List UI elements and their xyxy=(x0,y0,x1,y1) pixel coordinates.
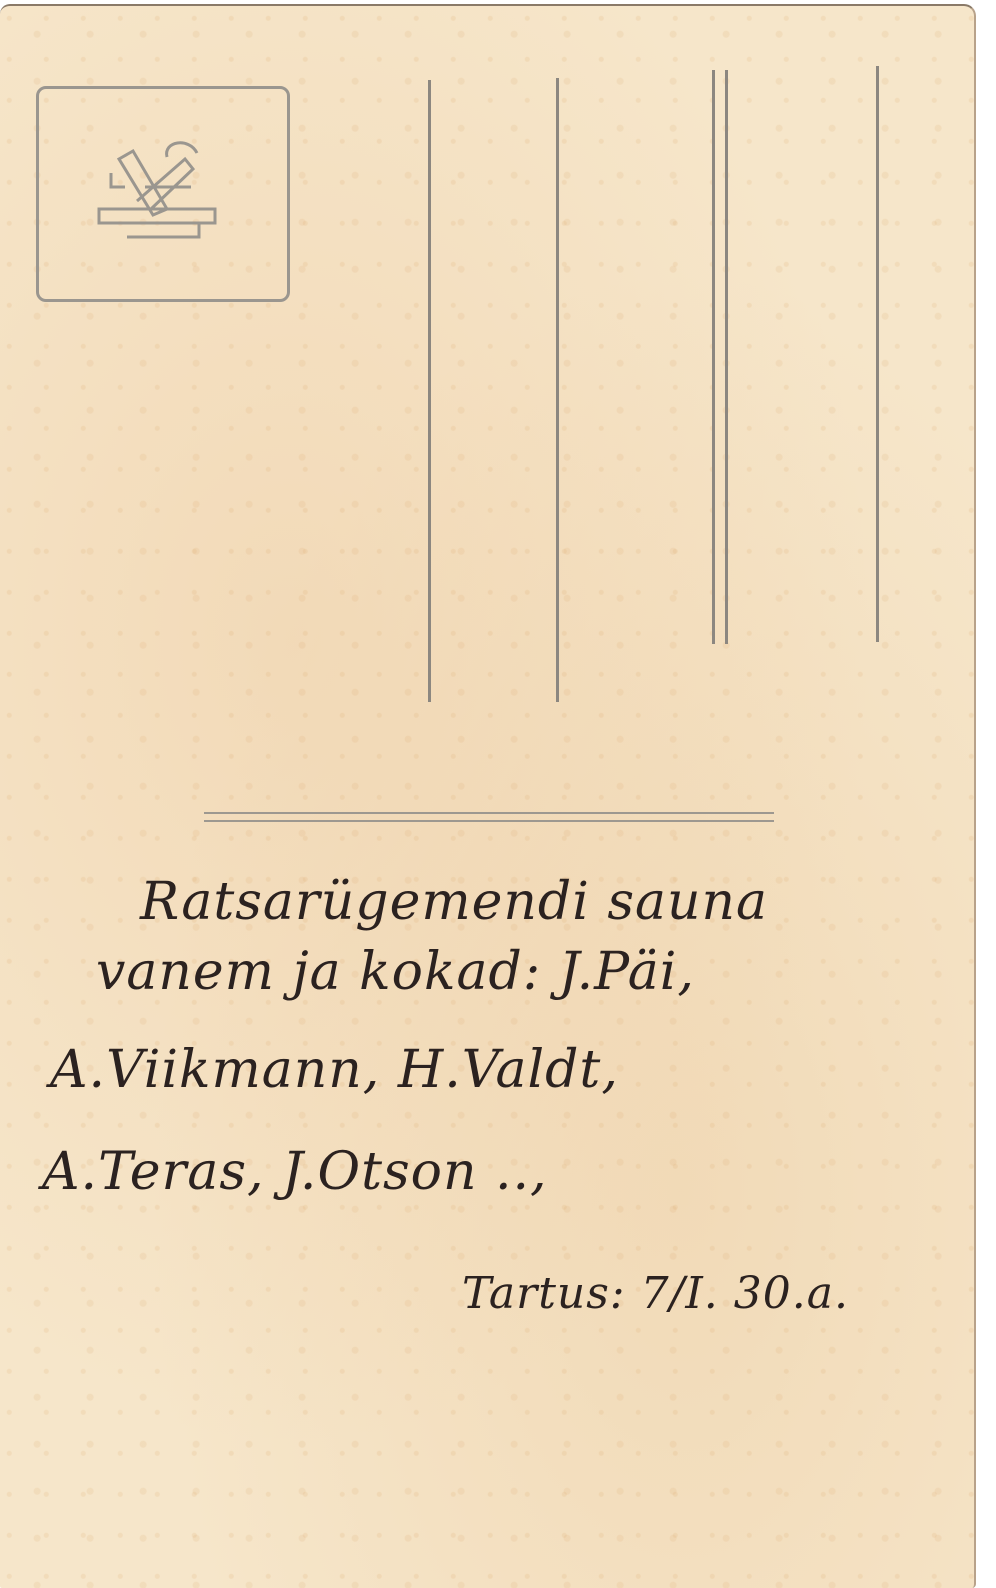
note-line-1: Ratsarügemendi sauna xyxy=(140,872,768,932)
publisher-monogram-icon xyxy=(97,129,221,249)
note-line-4: A.Teras, J.Otson .., xyxy=(42,1142,548,1202)
divider-line-bottom xyxy=(204,820,774,822)
address-line-3b xyxy=(725,70,728,644)
address-line-4 xyxy=(876,66,879,642)
address-line-1 xyxy=(428,80,431,702)
postcard-back: Ratsarügemendi sauna vanem ja kokad: J.P… xyxy=(0,4,976,1588)
note-line-2: vanem ja kokad: J.Päi, xyxy=(96,942,695,1002)
note-place-date: Tartus: 7/I. 30.a. xyxy=(462,1268,849,1319)
divider-line-top xyxy=(204,812,774,814)
note-line-3: A.Viikmann, H.Valdt, xyxy=(50,1040,619,1100)
stamp-placement-box xyxy=(36,86,290,302)
address-line-3a xyxy=(712,70,715,644)
address-line-2 xyxy=(556,78,559,702)
